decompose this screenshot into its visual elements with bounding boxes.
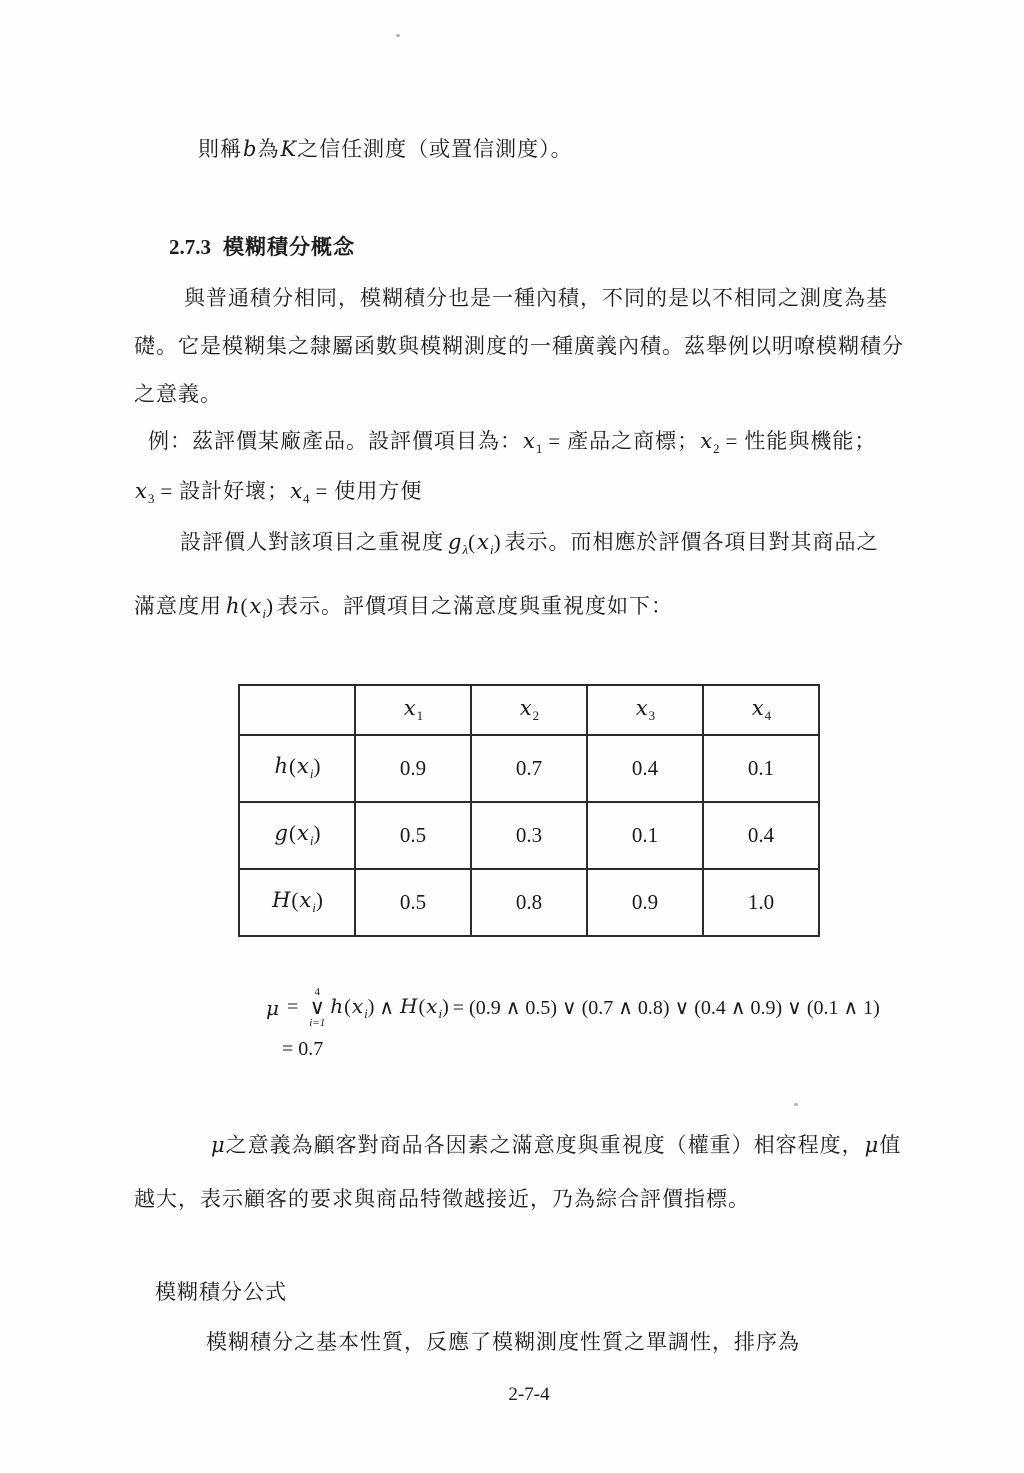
row-label-H: H(xi): [239, 869, 355, 936]
para2-l2-pre: 滿意度用: [134, 594, 222, 618]
term-h: h(xi): [329, 994, 374, 1022]
variable-mu: μ: [864, 1133, 880, 1157]
table-cell: 0.1: [703, 735, 819, 802]
intro-line: 則稱b為K之信任測度（或置信測度）。: [198, 134, 573, 164]
row-label-g: g(xi): [239, 802, 355, 869]
paren-close: ): [442, 996, 449, 1018]
intro-text-pre: 則稱: [198, 137, 242, 161]
equals-sign: =: [160, 479, 173, 503]
variable-h: h: [274, 754, 290, 778]
variable-x: x: [425, 994, 438, 1018]
equals-sign: =: [726, 429, 739, 453]
variable-g: g: [447, 530, 462, 554]
table-row-g: g(xi) 0.5 0.3 0.1 0.4: [239, 802, 819, 869]
variable-x: x: [296, 821, 310, 845]
paren-close: ): [368, 996, 375, 1018]
subscript-3: 3: [649, 708, 656, 723]
paragraph1-line1: 與普通積分相同，模糊積分也是一種內積，不同的是以不相同之測度為基: [184, 283, 888, 313]
example-lead: 例：茲評價某廠產品。設評價項目為：: [148, 429, 522, 453]
variable-h: h: [225, 594, 241, 618]
intro-text-mid: 為: [257, 137, 279, 161]
paren-close: ): [316, 888, 323, 912]
variable-h: h: [329, 994, 344, 1018]
paragraph1-line3: 之意義。: [134, 379, 222, 409]
scan-speck: [794, 1103, 798, 1106]
fuzzy-integral-formula: μ = 4 ∨ i=1 h(xi) ∧ H(xi) = (0.9 ∧ 0.5) …: [265, 987, 880, 1061]
paren-close: ): [314, 754, 321, 778]
para2-pre: 設評價人對該項目之重視度: [180, 530, 444, 554]
example-line2: x3=設計好壞；x4=使用方便: [134, 476, 422, 514]
variable-x: x: [522, 429, 536, 453]
subscript-1: 1: [417, 708, 424, 723]
scan-speck: [396, 34, 400, 37]
example-desc4: 使用方便: [334, 479, 422, 503]
function-g-lambda: gλ(xi): [447, 530, 502, 554]
table-header-x3: x3: [587, 685, 703, 735]
term-H: H(xi): [399, 994, 449, 1022]
function-h: h(xi): [225, 594, 274, 618]
variable-x: x: [298, 888, 312, 912]
para2-post: 表示。而相應於評價各項目對其商品之: [505, 530, 879, 554]
table-cell: 0.4: [587, 735, 703, 802]
variable-b: b: [242, 137, 257, 161]
paren-open: (: [289, 754, 296, 778]
intro-text-post: 之信任測度（或置信測度）。: [297, 137, 573, 161]
table-cell: 0.4: [703, 802, 819, 869]
variable-x: x: [635, 696, 649, 720]
subscript-2: 2: [533, 708, 540, 723]
variable-H: H: [399, 994, 418, 1018]
subscript-2: 2: [713, 441, 720, 456]
paragraph2-line1: 設評價人對該項目之重視度gλ(xi)表示。而相應於評價各項目對其商品之: [180, 527, 879, 565]
variable-x: x: [751, 696, 765, 720]
paren-open: (: [344, 996, 351, 1018]
paragraph1-line2: 礎。它是模糊集之隸屬函數與模糊測度的一種廣義內積。茲舉例以明嘹模糊積分: [134, 331, 904, 361]
table-row-h: h(xi) 0.9 0.7 0.4 0.1: [239, 735, 819, 802]
variable-x: x: [476, 530, 490, 554]
table-row-H: H(xi) 0.5 0.8 0.9 1.0: [239, 869, 819, 936]
table-cell: 1.0: [703, 869, 819, 936]
section-title: 模糊積分概念: [223, 235, 355, 259]
variable-g: g: [274, 821, 289, 845]
subscript-3: 3: [148, 491, 155, 506]
big-vee-operator: 4 ∨ i=1: [309, 987, 325, 1029]
variable-H: H: [271, 888, 291, 912]
subscript-4: 4: [303, 491, 310, 506]
para2-l2-post: 表示。評價項目之滿意度與重視度如下：: [277, 594, 673, 618]
table-header-x4: x4: [703, 685, 819, 735]
variable-mu: μ: [210, 1133, 226, 1157]
paren-close: ): [313, 821, 320, 845]
example-desc3: 設計好壞；: [179, 479, 289, 503]
table-cell: 0.1: [587, 802, 703, 869]
variable-x: x: [296, 754, 310, 778]
table-cell: 0.7: [471, 735, 587, 802]
vee-lower-limit: i=1: [309, 1018, 325, 1029]
example-desc2: 性能與機能；: [744, 429, 876, 453]
subscript-4: 4: [765, 708, 772, 723]
example-line1: 例：茲評價某廠產品。設評價項目為：x1=產品之商標；x2=性能與機能；: [148, 426, 876, 464]
vee-symbol: ∨: [310, 998, 325, 1018]
evaluation-table: x1 x2 x3 x4 h(xi) 0.9 0.7 0.4 0.1 g(xi) …: [238, 684, 820, 937]
table-header-x2: x2: [471, 685, 587, 735]
table-corner-cell: [239, 685, 355, 735]
paren-open: (: [241, 594, 249, 618]
para3-mid: 之意義為顧客對商品各因素之滿意度與重視度（權重）相容程度，: [226, 1133, 864, 1157]
paragraph3-line1: μ之意義為顧客對商品各因素之滿意度與重視度（權重）相容程度，μ值: [210, 1130, 901, 1160]
subscript-1: 1: [536, 441, 543, 456]
table-header-x1: x1: [355, 685, 471, 735]
document-page: 則稱b為K之信任測度（或置信測度）。 2.7.3模糊積分概念 與普通積分相同，模…: [0, 0, 1024, 1473]
paren-open: (: [289, 821, 296, 845]
example-desc1: 產品之商標；: [567, 429, 699, 453]
paragraph3-line2: 越大，表示顧客的要求與商品特徵越接近，乃為綜合評價指標。: [134, 1184, 750, 1214]
subsection-title: 模糊積分公式: [155, 1277, 287, 1307]
equals-sign: =: [316, 479, 329, 503]
variable-x: x: [351, 994, 364, 1018]
table-cell: 0.3: [471, 802, 587, 869]
row-label-h: h(xi): [239, 735, 355, 802]
wedge-symbol: ∧: [379, 995, 394, 1020]
table-cell: 0.9: [587, 869, 703, 936]
formula-line-1: μ = 4 ∨ i=1 h(xi) ∧ H(xi) = (0.9 ∧ 0.5) …: [265, 987, 880, 1029]
page-number: 2-7-4: [487, 1384, 571, 1406]
paragraph2-line2: 滿意度用h(xi)表示。評價項目之滿意度與重視度如下：: [134, 591, 673, 629]
paragraph4-line1: 模糊積分之基本性質，反應了模糊測度性質之單調性，排序為: [206, 1327, 800, 1357]
formula-result: = 0.7: [282, 1038, 880, 1061]
section-number: 2.7.3: [169, 235, 211, 259]
variable-x: x: [289, 479, 303, 503]
equals-sign: =: [548, 429, 561, 453]
table-cell: 0.5: [355, 802, 471, 869]
paren-close: ): [266, 594, 274, 618]
variable-x: x: [249, 594, 263, 618]
variable-x: x: [699, 429, 713, 453]
table-cell: 0.9: [355, 735, 471, 802]
variable-x: x: [403, 696, 417, 720]
variable-x: x: [519, 696, 533, 720]
paren-open: (: [468, 530, 476, 554]
equals-sign: =: [287, 996, 298, 1019]
paren-close: ): [494, 530, 502, 554]
variable-k: K: [279, 137, 297, 161]
formula-rhs: = (0.9 ∧ 0.5) ∨ (0.7 ∧ 0.8) ∨ (0.4 ∧ 0.9…: [453, 995, 880, 1020]
para3-end: 值: [879, 1133, 901, 1157]
table-cell: 0.8: [471, 869, 587, 936]
variable-x: x: [134, 479, 148, 503]
variable-mu: μ: [265, 996, 280, 1020]
section-heading: 2.7.3模糊積分概念: [169, 232, 355, 262]
table-cell: 0.5: [355, 869, 471, 936]
table-header-row: x1 x2 x3 x4: [239, 685, 819, 735]
